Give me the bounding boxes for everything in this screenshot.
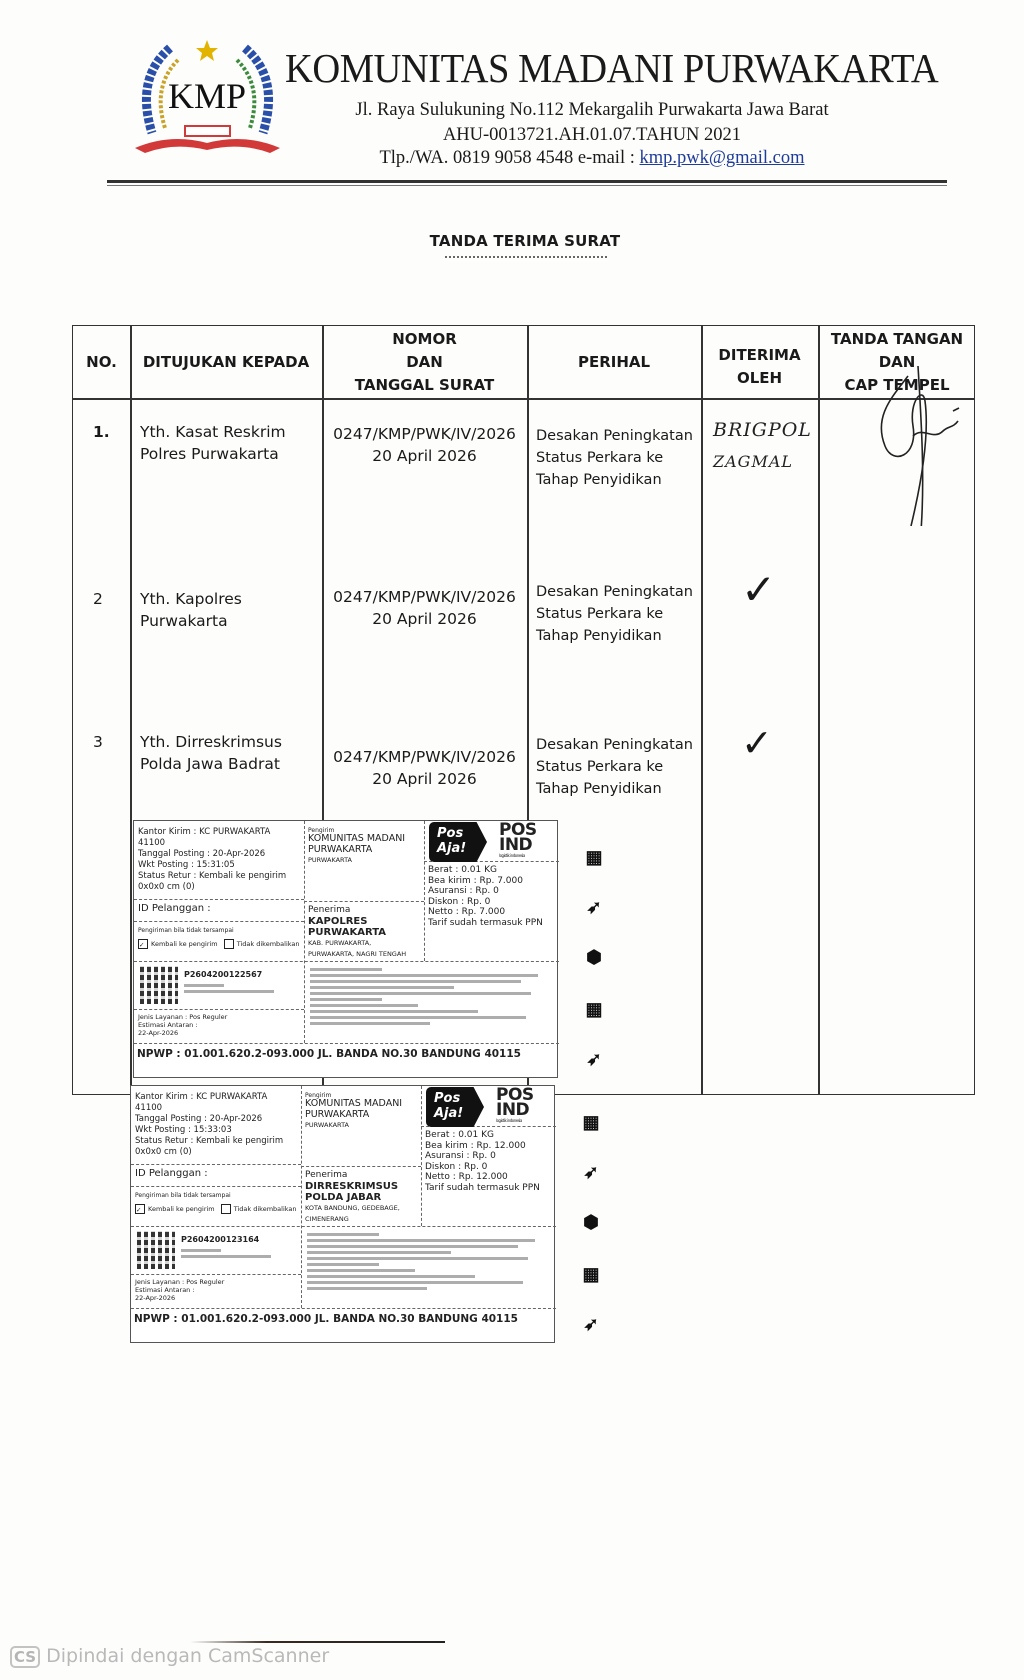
recipient-name-1: DIRRESKRIMSUS [305, 1181, 400, 1192]
posind-logo-icon: ▦ [580, 1110, 602, 1134]
bird-logo-icon: ➶ [583, 895, 605, 919]
sender-name-2: PURWAKARTA [305, 1109, 402, 1120]
tax-note: Tarif sudah termasuk PPN [428, 918, 543, 929]
return-options: ✓Kembali ke pengirim Tidak dikembalikan [135, 1204, 297, 1215]
return-option: Kembali ke pengirim [148, 1205, 215, 1213]
estimate-date: 22-Apr-2026 [138, 1029, 227, 1037]
column-divider [818, 326, 820, 1094]
discount: Diskon : Rp. 0 [428, 897, 543, 908]
page-edge-line [190, 1641, 445, 1643]
row-1-received-by: BRIGPOL ZAGMAL [713, 414, 812, 478]
pos-aja-logo: Pos Aja! [429, 822, 487, 862]
postal-receipt-1: Kantor Kirim : KC PURWAKARTA41100Tanggal… [133, 820, 558, 1078]
estimate-label: Estimasi Antaran : [135, 1286, 224, 1294]
row-3-received-check: ✓ [741, 721, 773, 765]
recipient-label: Penerima [308, 905, 406, 916]
discard-option: Tidak dikembalikan [237, 940, 300, 948]
undeliverable-label: Pengiriman bila tidak tersampai [135, 1190, 231, 1201]
pos-aja-logo: Pos Aja! [426, 1087, 484, 1127]
dimensions: 0x0x0 cm (0) [135, 1147, 283, 1158]
postal-receipt-2: Kantor Kirim : KC PURWAKARTA41100Tanggal… [130, 1085, 555, 1343]
posind-logo: POSINDlogistik indonesia [499, 823, 537, 859]
brand-2-line2: IND [496, 1103, 534, 1118]
organization-name: KOMUNITAS MADANI PURWAKARTA [285, 44, 868, 92]
house-badge-icon: ⬢ [583, 945, 605, 969]
posting-time: Wkt Posting : 15:33:03 [135, 1125, 283, 1136]
letterhead-divider-thin [107, 185, 947, 186]
sender-name-1: KOMUNITAS MADANI [305, 1098, 402, 1109]
service-info: Jenis Layanan : Pos RegulerEstimasi Anta… [135, 1278, 224, 1302]
sender-office: Kantor Kirim : KC PURWAKARTA [138, 827, 286, 838]
contact-phone: Tlp./WA. 0819 9058 4548 e-mail : [379, 148, 639, 168]
row-3-subject: Desakan Peningkatan Status Perkara ke Ta… [536, 734, 693, 800]
brand-2-line2: IND [499, 838, 537, 853]
row-1-recipient: Yth. Kasat Reskrim Polres Purwakarta [140, 421, 286, 465]
fee-breakdown: Berat : 0.01 KGBea kirim : Rp. 12.000Asu… [425, 1130, 540, 1193]
checkbox-checked: ✓ [135, 1204, 145, 1214]
npwp-line: NPWP : 01.001.620.2-093.000 JL. BANDA NO… [137, 1048, 521, 1060]
organization-address: Jl. Raya Sulukuning No.112 Mekargalih Pu… [322, 100, 862, 121]
qr-code [137, 1231, 175, 1269]
header-divider [73, 398, 974, 400]
sender-name: KOMUNITAS MADANIPURWAKARTA PURWAKARTA [305, 1098, 402, 1131]
tracking-number: P2604200123164 [181, 1234, 259, 1245]
recipient-block: Penerima DIRRESKRIMSUS POLDA JABAR KOTA … [305, 1170, 400, 1225]
posind-logo-icon: ▦ [580, 1262, 602, 1286]
posting-date: Tanggal Posting : 20-Apr-2026 [138, 849, 286, 860]
bird-logo-icon: ➶ [583, 1047, 605, 1071]
email-link[interactable]: kmp.pwk@gmail.com [639, 148, 804, 168]
tracking-number: P2604200122567 [184, 969, 262, 980]
recipient-addr-1: KOTA BANDUNG, GEDEBAGE, [305, 1203, 400, 1214]
tax-note: Tarif sudah termasuk PPN [425, 1183, 540, 1194]
sender-name-1: KOMUNITAS MADANI [308, 833, 405, 844]
row-1-letter-ref: 0247/KMP/PWK/IV/2026 20 April 2026 [322, 423, 527, 467]
postcode: 41100 [135, 1103, 283, 1114]
return-status: Status Retur : Kembali ke pengirim [138, 871, 286, 882]
row-2-no: 2 [93, 588, 103, 610]
posting-time: Wkt Posting : 15:31:05 [138, 860, 286, 871]
header-subject: PERIHAL [527, 326, 701, 398]
organization-registration: AHU-0013721.AH.01.07.TAHUN 2021 [322, 125, 862, 146]
row-2-subject: Desakan Peningkatan Status Perkara ke Ta… [536, 581, 693, 647]
weight: Berat : 0.01 KG [428, 865, 543, 876]
weight: Berat : 0.01 KG [425, 1130, 540, 1141]
discount: Diskon : Rp. 0 [425, 1162, 540, 1173]
terms-text [307, 1230, 547, 1293]
header-number-date: NOMOR DAN TANGGAL SURAT [322, 326, 527, 398]
posind-logo-icon: ▦ [583, 997, 605, 1021]
camscanner-badge-icon: CS [10, 1646, 40, 1668]
estimate-date: 22-Apr-2026 [135, 1294, 224, 1302]
discard-option: Tidak dikembalikan [234, 1205, 297, 1213]
service-type: Jenis Layanan : Pos Reguler [135, 1278, 224, 1286]
net: Netto : Rp. 12.000 [425, 1172, 540, 1183]
checkbox-empty [224, 939, 234, 949]
row-2-recipient: Yth. Kapolres Purwakarta [140, 588, 242, 632]
svg-text:KMP: KMP [168, 76, 246, 116]
recipient-label: Penerima [305, 1170, 400, 1181]
document-title: TANDA TERIMA SURAT [380, 232, 670, 250]
recipient-name-1: KAPOLRES [308, 916, 406, 927]
column-divider [701, 326, 703, 1094]
npwp-line: NPWP : 01.001.620.2-093.000 JL. BANDA NO… [134, 1313, 518, 1325]
checkbox-checked: ✓ [138, 939, 148, 949]
sender-office-block: Kantor Kirim : KC PURWAKARTA41100Tanggal… [135, 1092, 283, 1158]
recipient-block: Penerima KAPOLRES PURWAKARTA KAB. PURWAK… [308, 905, 406, 960]
scanner-watermark: CSDipindai dengan CamScanner [10, 1645, 329, 1668]
posting-date: Tanggal Posting : 20-Apr-2026 [135, 1114, 283, 1125]
net: Netto : Rp. 7.000 [428, 907, 543, 918]
insurance: Asuransi : Rp. 0 [428, 886, 543, 897]
row-1-subject: Desakan Peningkatan Status Perkara ke Ta… [536, 425, 693, 491]
postcode: 41100 [138, 838, 286, 849]
bird-logo-icon: ➶ [580, 1312, 602, 1336]
insurance: Asuransi : Rp. 0 [425, 1151, 540, 1162]
signature-mark [863, 356, 973, 526]
return-option: Kembali ke pengirim [151, 940, 218, 948]
row-3-no: 3 [93, 731, 103, 753]
service-type: Jenis Layanan : Pos Reguler [138, 1013, 227, 1021]
posind-logo-icon: ▦ [583, 845, 605, 869]
posind-logo: POSINDlogistik indonesia [496, 1088, 534, 1124]
sender-name: KOMUNITAS MADANIPURWAKARTA PURWAKARTA [308, 833, 405, 866]
recipient-name-2: POLDA JABAR [305, 1192, 400, 1203]
return-options: ✓Kembali ke pengirim Tidak dikembalikan [138, 939, 300, 950]
row-1-no: 1. [93, 421, 110, 443]
fee-breakdown: Berat : 0.01 KGBea kirim : Rp. 7.000Asur… [428, 865, 543, 928]
recipient-addr-1: KAB. PURWAKARTA, [308, 938, 406, 949]
recipient-addr-2: CIMENERANG [305, 1214, 400, 1225]
service-info: Jenis Layanan : Pos RegulerEstimasi Anta… [138, 1013, 227, 1037]
sender-name-2: PURWAKARTA [308, 844, 405, 855]
header-recipient: DITUJUKAN KEPADA [130, 326, 322, 398]
customer-id: ID Pelanggan : [135, 1168, 208, 1179]
qr-code [140, 966, 178, 1004]
letterhead-divider [107, 180, 947, 183]
row-3-recipient: Yth. Dirreskrimsus Polda Jawa Badrat [140, 731, 282, 775]
shipping-fee: Bea kirim : Rp. 12.000 [425, 1141, 540, 1152]
return-status: Status Retur : Kembali ke pengirim [135, 1136, 283, 1147]
sender-office-block: Kantor Kirim : KC PURWAKARTA41100Tanggal… [138, 827, 286, 893]
bird-logo-icon: ➶ [580, 1160, 602, 1184]
header-no: NO. [73, 326, 130, 398]
row-3-letter-ref: 0247/KMP/PWK/IV/2026 20 April 2026 [322, 746, 527, 790]
sender-city: PURWAKARTA [308, 855, 405, 866]
row-2-received-check: ✓ [741, 566, 776, 614]
house-badge-icon: ⬢ [580, 1210, 602, 1234]
header-received-by: DITERIMA OLEH [701, 336, 818, 398]
recipient-name-2: PURWAKARTA [308, 927, 406, 938]
undeliverable-label: Pengiriman bila tidak tersampai [138, 925, 234, 936]
column-divider [130, 326, 132, 1094]
terms-text [310, 965, 550, 1028]
shipping-fee: Bea kirim : Rp. 7.000 [428, 876, 543, 887]
customer-id: ID Pelanggan : [138, 903, 211, 914]
dimensions: 0x0x0 cm (0) [138, 882, 286, 893]
checkbox-empty [221, 1204, 231, 1214]
sender-office: Kantor Kirim : KC PURWAKARTA [135, 1092, 283, 1103]
estimate-label: Estimasi Antaran : [138, 1021, 227, 1029]
organization-logo: KMP [130, 38, 285, 168]
row-2-letter-ref: 0247/KMP/PWK/IV/2026 20 April 2026 [322, 586, 527, 630]
title-underline [445, 256, 607, 258]
recipient-addr-2: PURWAKARTA, NAGRI TENGAH [308, 949, 406, 960]
organization-contact: Tlp./WA. 0819 9058 4548 e-mail : kmp.pwk… [322, 148, 862, 169]
sender-city: PURWAKARTA [305, 1120, 402, 1131]
